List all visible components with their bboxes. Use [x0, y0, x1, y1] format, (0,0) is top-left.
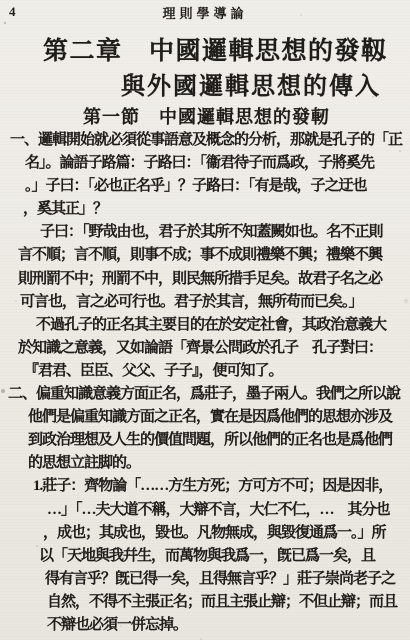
text-line: 不過孔子的正名其主要目的在於安定社會，其政治意義大	[0, 314, 410, 337]
running-title: 理則學導論	[162, 3, 247, 22]
chapter-title-line2: 與外國邏輯思想的傳入	[121, 66, 381, 101]
text-line: ，奚其正」？	[0, 198, 410, 221]
body-text: 一、邏輯開始就必須從事語意及概念的分析，那就是孔子的「正名」。論語子路篇：子路曰…	[0, 129, 410, 637]
text-line: 子曰：「野哉由也，君子於其所不知蓋闕如也。名不正則	[0, 221, 410, 244]
text-line: 一、邏輯開始就必須從事語意及概念的分析，那就是孔子的「正	[0, 129, 410, 152]
text-line: 於知識之意義，又如論語「齊景公問政於孔子 孔子對曰：	[0, 337, 410, 360]
text-line: 他們是偏重知識方面之正名，實在是因爲他們的思想亦涉及	[0, 406, 410, 429]
scan-noise-speckles	[0, 0, 2, 2]
text-line: 的思想立註脚的。	[0, 452, 410, 475]
text-line: 則刑罰不中；刑罰不中，則民無所措手足矣。故君子名之必	[0, 268, 410, 291]
text-line: 言不順；言不順，則事不成；事不成則禮樂不興；禮樂不興	[0, 244, 410, 267]
text-line: 到政治理想及人生的價值問題，所以他們的正名也是爲他們	[0, 429, 410, 452]
text-line: 1.莊子：齊物論「……方生方死；方可方不可；因是因非，	[0, 475, 410, 498]
text-line: 。」子曰：「必也正名乎」？子路曰：「有是哉，子之迂也	[0, 175, 410, 198]
page-number: 4	[9, 4, 16, 20]
text-line: 名」。論語子路篇：子路曰：「衞君待子而爲政，子將奚先	[0, 152, 410, 175]
text-line: 不辯也必須一併忘掉。	[0, 614, 410, 637]
scanned-book-page: 4 理則學導論 第二章 中國邏輯思想的發靱 與外國邏輯思想的傳入 第一節 中國邏…	[0, 0, 410, 640]
text-line: 『君君、臣臣、父父、子子』，便可知了。	[0, 360, 410, 383]
text-line: 二、偏重知識意義方面正名，爲莊子，墨子兩人。我們之所以說	[0, 383, 410, 406]
section-title: 第一節 中國邏輯思想的發軔	[83, 103, 330, 129]
text-line: …」「…夫大道不稱，大辯不言，大仁不仁，… 其分也	[0, 499, 410, 522]
text-line: 以「天地與我幷生，而萬物與我爲一，旣已爲一矣，且	[0, 545, 410, 568]
text-line: 可言也，言之必可行也。君子於其言，無所苟而已矣。」	[0, 291, 410, 314]
text-line: 得有言乎？旣已得一矣，且得無言乎？」莊子崇尚老子之	[0, 568, 410, 591]
chapter-title-line1: 第二章 中國邏輯思想的發靱	[43, 31, 388, 67]
text-line: ，成也；其成也，毀也。凡物無成，與毀復通爲一。」所	[0, 522, 410, 545]
text-line: 自然，不得不主張正名；而且主張止辯；不但止辯；而且	[0, 591, 410, 614]
